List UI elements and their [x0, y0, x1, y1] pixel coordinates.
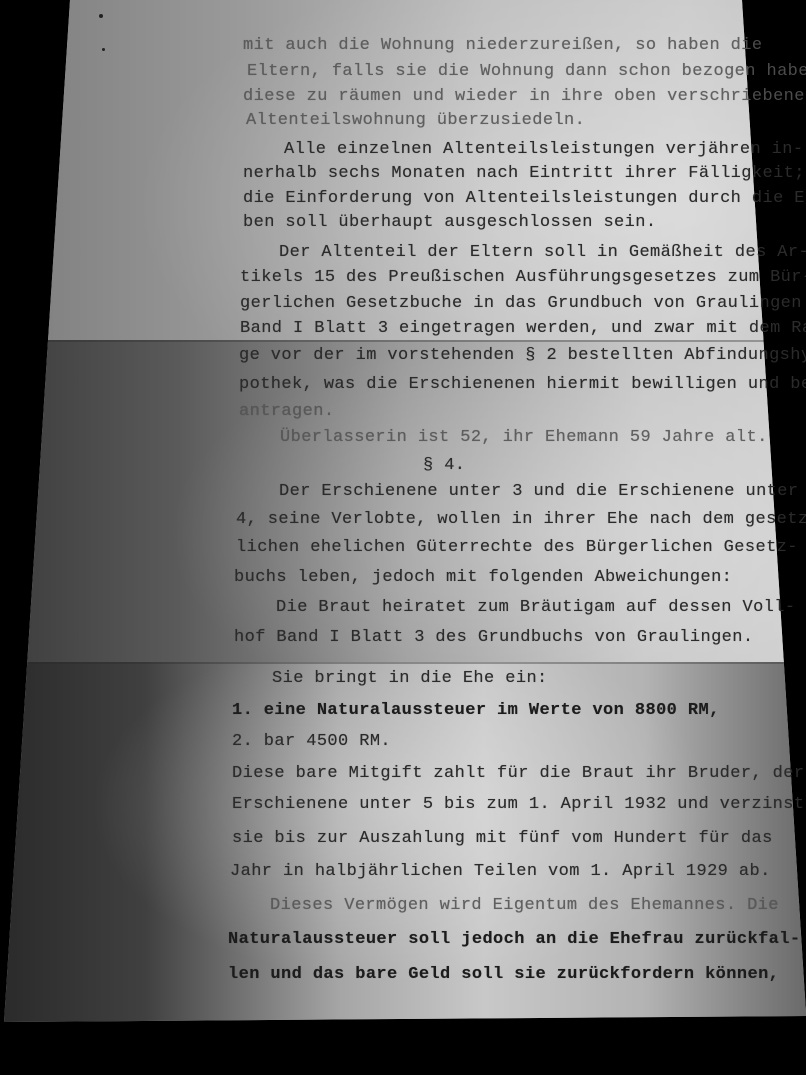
text-line: ben soll überhaupt ausgeschlossen sein. [243, 213, 656, 232]
text-line: Eltern, falls sie die Wohnung dann schon… [247, 62, 806, 81]
text-line: buchs leben, jedoch mit folgenden Abweic… [234, 568, 732, 587]
text-line: die Einforderung von Altenteilsleistunge… [243, 189, 806, 208]
text-line: nerhalb sechs Monaten nach Eintritt ihre… [243, 164, 805, 183]
text-line: Naturalaussteuer soll jedoch an die Ehef… [228, 930, 801, 949]
text-line: Dieses Vermögen wird Eigentum des Eheman… [270, 896, 779, 915]
text-line: Diese bare Mitgift zahlt für die Braut i… [232, 764, 805, 783]
text-line: Die Braut heiratet zum Bräutigam auf des… [276, 598, 795, 617]
text-line: Jahr in halbjährlichen Teilen vom 1. Apr… [230, 862, 771, 881]
text-line: Der Altenteil der Eltern soll in Gemäßhe… [279, 243, 806, 262]
text-line: hof Band I Blatt 3 des Grundbuchs von Gr… [234, 628, 753, 647]
list-item: 1. eine Naturalaussteuer im Werte von 88… [232, 701, 720, 720]
text-line: Altenteilswohnung überzusiedeln. [246, 111, 585, 130]
text-line: Erschienene unter 5 bis zum 1. April 193… [232, 795, 805, 814]
text-line: tikels 15 des Preußischen Ausführungsges… [240, 268, 806, 287]
text-line: 4, seine Verlobte, wollen in ihrer Ehe n… [236, 510, 806, 529]
text-line: Alle einzelnen Altenteilsleistungen verj… [284, 140, 803, 159]
text-line: Überlasserin ist 52, ihr Ehemann 59 Jahr… [280, 428, 768, 447]
text-line: Der Erschienene unter 3 und die Erschien… [279, 482, 798, 501]
text-line: antragen. [239, 402, 334, 421]
text-line: mit auch die Wohnung niederzureißen, so … [243, 36, 762, 55]
list-item: 2. bar 4500 RM. [232, 732, 391, 751]
text-line: sie bis zur Auszahlung mit fünf vom Hund… [232, 829, 773, 848]
text-line: pothek, was die Erschienenen hiermit bew… [239, 375, 806, 394]
document-text: mit auch die Wohnung niederzureißen, so … [0, 0, 806, 1075]
text-line: Sie bringt in die Ehe ein: [272, 669, 548, 688]
text-line: gerlichen Gesetzbuche in das Grundbuch v… [240, 294, 802, 313]
text-line: lichen ehelichen Güterrechte des Bürgerl… [236, 538, 798, 557]
text-line: len und das bare Geld soll sie zurückfor… [228, 965, 779, 984]
text-line: Band I Blatt 3 eingetragen werden, und z… [240, 319, 806, 338]
section-heading: § 4. [423, 456, 465, 475]
text-line: diese zu räumen und wieder in ihre oben … [243, 87, 805, 106]
text-line: ge vor der im vorstehenden § 2 bestellte… [239, 346, 806, 365]
